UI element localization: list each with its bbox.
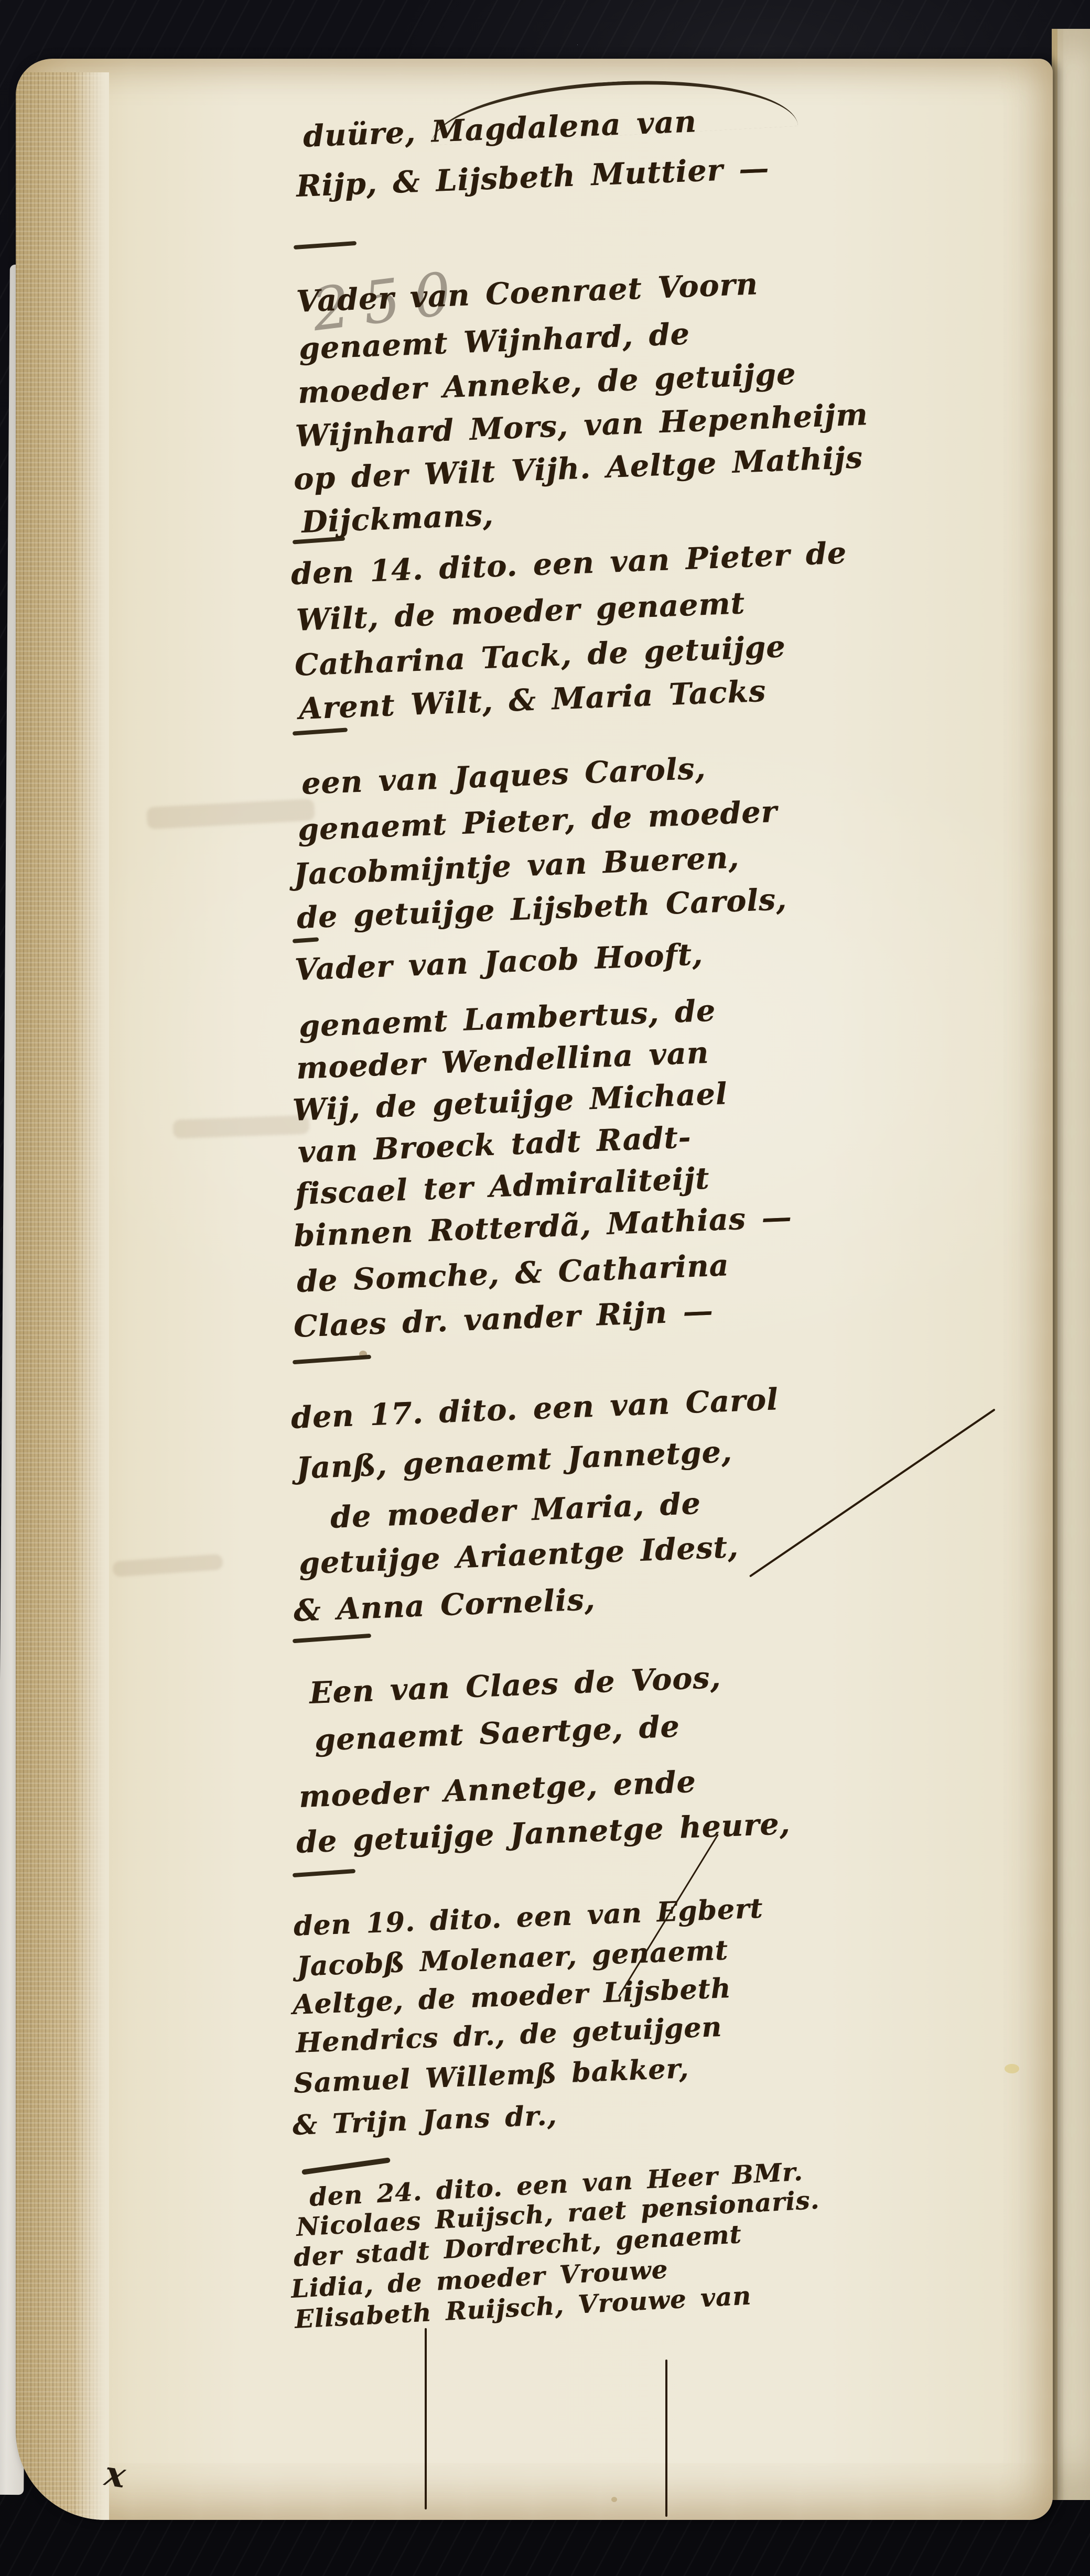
text-line: van Broeck tadt Radt- (297, 1119, 692, 1170)
text-line: den 19. dito. een van Egbert (293, 1893, 763, 1942)
scanned-register-photo: 250 duüre, Magdalena van Rijp, & Lijsbet… (0, 0, 1090, 2576)
text-line: de getuijge Lijsbeth Carols, (296, 882, 787, 936)
stain-spot (1005, 2064, 1019, 2073)
text-line: de Somche, & Catharina (296, 1247, 730, 1299)
text-line: Arent Wilt, & Maria Tacks (298, 673, 767, 726)
text-line: & Anna Cornelis, (293, 1582, 596, 1628)
descender-stroke (665, 2360, 667, 2517)
text-line: Dijckmans, (301, 497, 494, 540)
text-line: Vader van Jacob Hooft, (294, 937, 704, 987)
text-line: moeder Wendellina van (296, 1035, 709, 1086)
text-line: een van Jaques Carols, (301, 751, 707, 801)
text-line: genaemt Lambertus, de (298, 993, 716, 1044)
stain-spot (611, 2497, 617, 2502)
descender-stroke (425, 2328, 427, 2509)
text-line: genaemt Saertge, de (314, 1709, 681, 1758)
text-line: & Trijn Jans dr., (292, 2100, 557, 2142)
entry-separator-dash (293, 1869, 355, 1877)
text-line: fiscael ter Admiraliteijt (295, 1161, 710, 1212)
text-line: Claes dr. vander Rijn — (293, 1293, 714, 1344)
entry-separator-dash (293, 1634, 371, 1643)
text-line: genaemt Pieter, de moeder (297, 794, 778, 847)
text-line: duüre, Magdalena van (303, 104, 697, 154)
text-line: Samuel Willemß bakker, (293, 2052, 689, 2100)
text-line: moeder Annetge, ende (298, 1764, 697, 1814)
book-page: 250 duüre, Magdalena van Rijp, & Lijsbet… (16, 59, 1053, 2520)
entry-separator-dash (293, 937, 319, 943)
entry-separator-dash (293, 1355, 371, 1364)
entry-separator-dash (301, 2157, 391, 2175)
entry-separator-dash (293, 727, 348, 735)
text-line: Jacobmijntje van Bueren, (293, 840, 740, 892)
text-line: Een van Claes de Voos, (309, 1660, 721, 1711)
text-line: Wij, de getuijge Michael (292, 1076, 728, 1128)
text-line: den 14. dito. een van Pieter de (290, 535, 847, 592)
text-line: de moeder Maria, de (330, 1486, 702, 1535)
text-line: den 17. dito. een van Carol (290, 1382, 779, 1436)
book-fore-edge (16, 72, 109, 2520)
entry-separator-dash (294, 241, 357, 249)
text-line: Catharina Tack, de getuijge (294, 629, 786, 683)
ink-bleedthrough (146, 799, 315, 830)
text-line: getuijge Ariaentge Idest, (298, 1529, 739, 1581)
text-line: Rijp, & Lijsbeth Muttier — (296, 150, 770, 204)
text-line: Wilt, de moeder genaemt (296, 585, 746, 638)
flourish-stroke (749, 1408, 996, 1577)
text-line: de getuijge Jannetge heure, (296, 1806, 791, 1860)
next-page-sliver (1052, 29, 1090, 2500)
ink-bleedthrough (112, 1554, 223, 1578)
text-line: Janß, genaemt Jannetge, (296, 1434, 733, 1486)
ink-bleedthrough (172, 1115, 309, 1138)
